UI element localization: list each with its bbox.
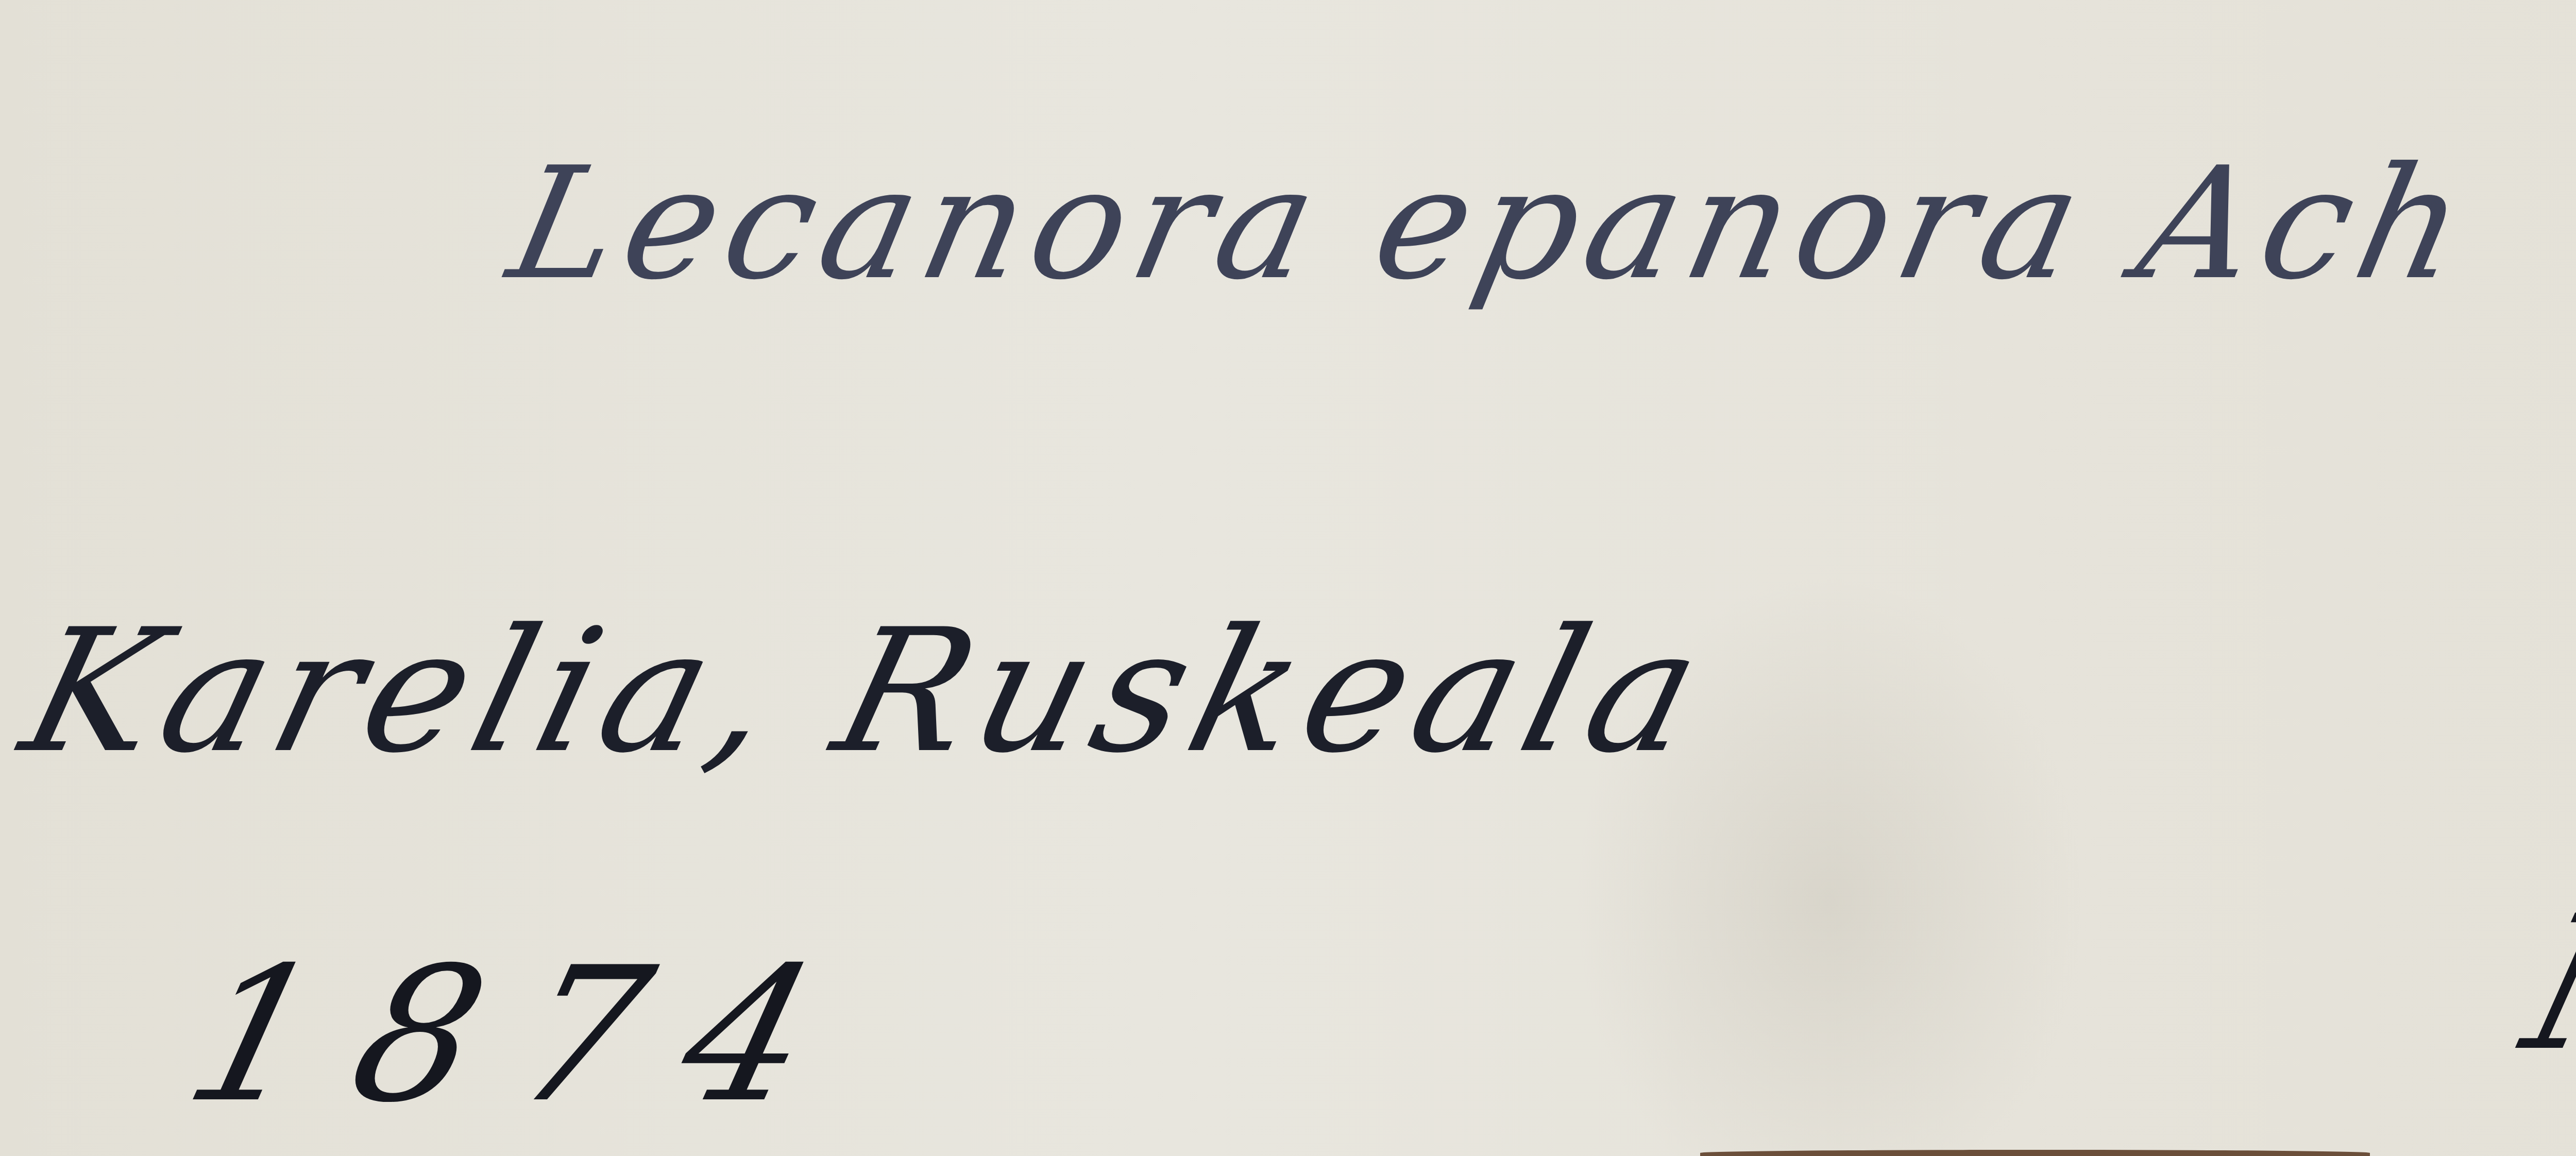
taxon-name: Lecanora epanora Ach (496, 134, 2488, 314)
collector-name: Norrlin (2508, 876, 2576, 1092)
paper-edge-shadow (1700, 1150, 2370, 1156)
collection-year: 1874 (169, 927, 880, 1143)
collection-locality: Karelia, Ruskeala (6, 592, 1727, 790)
herbarium-label: Lecanora epanora Ach Karelia, Ruskeala 1… (0, 0, 2576, 1156)
